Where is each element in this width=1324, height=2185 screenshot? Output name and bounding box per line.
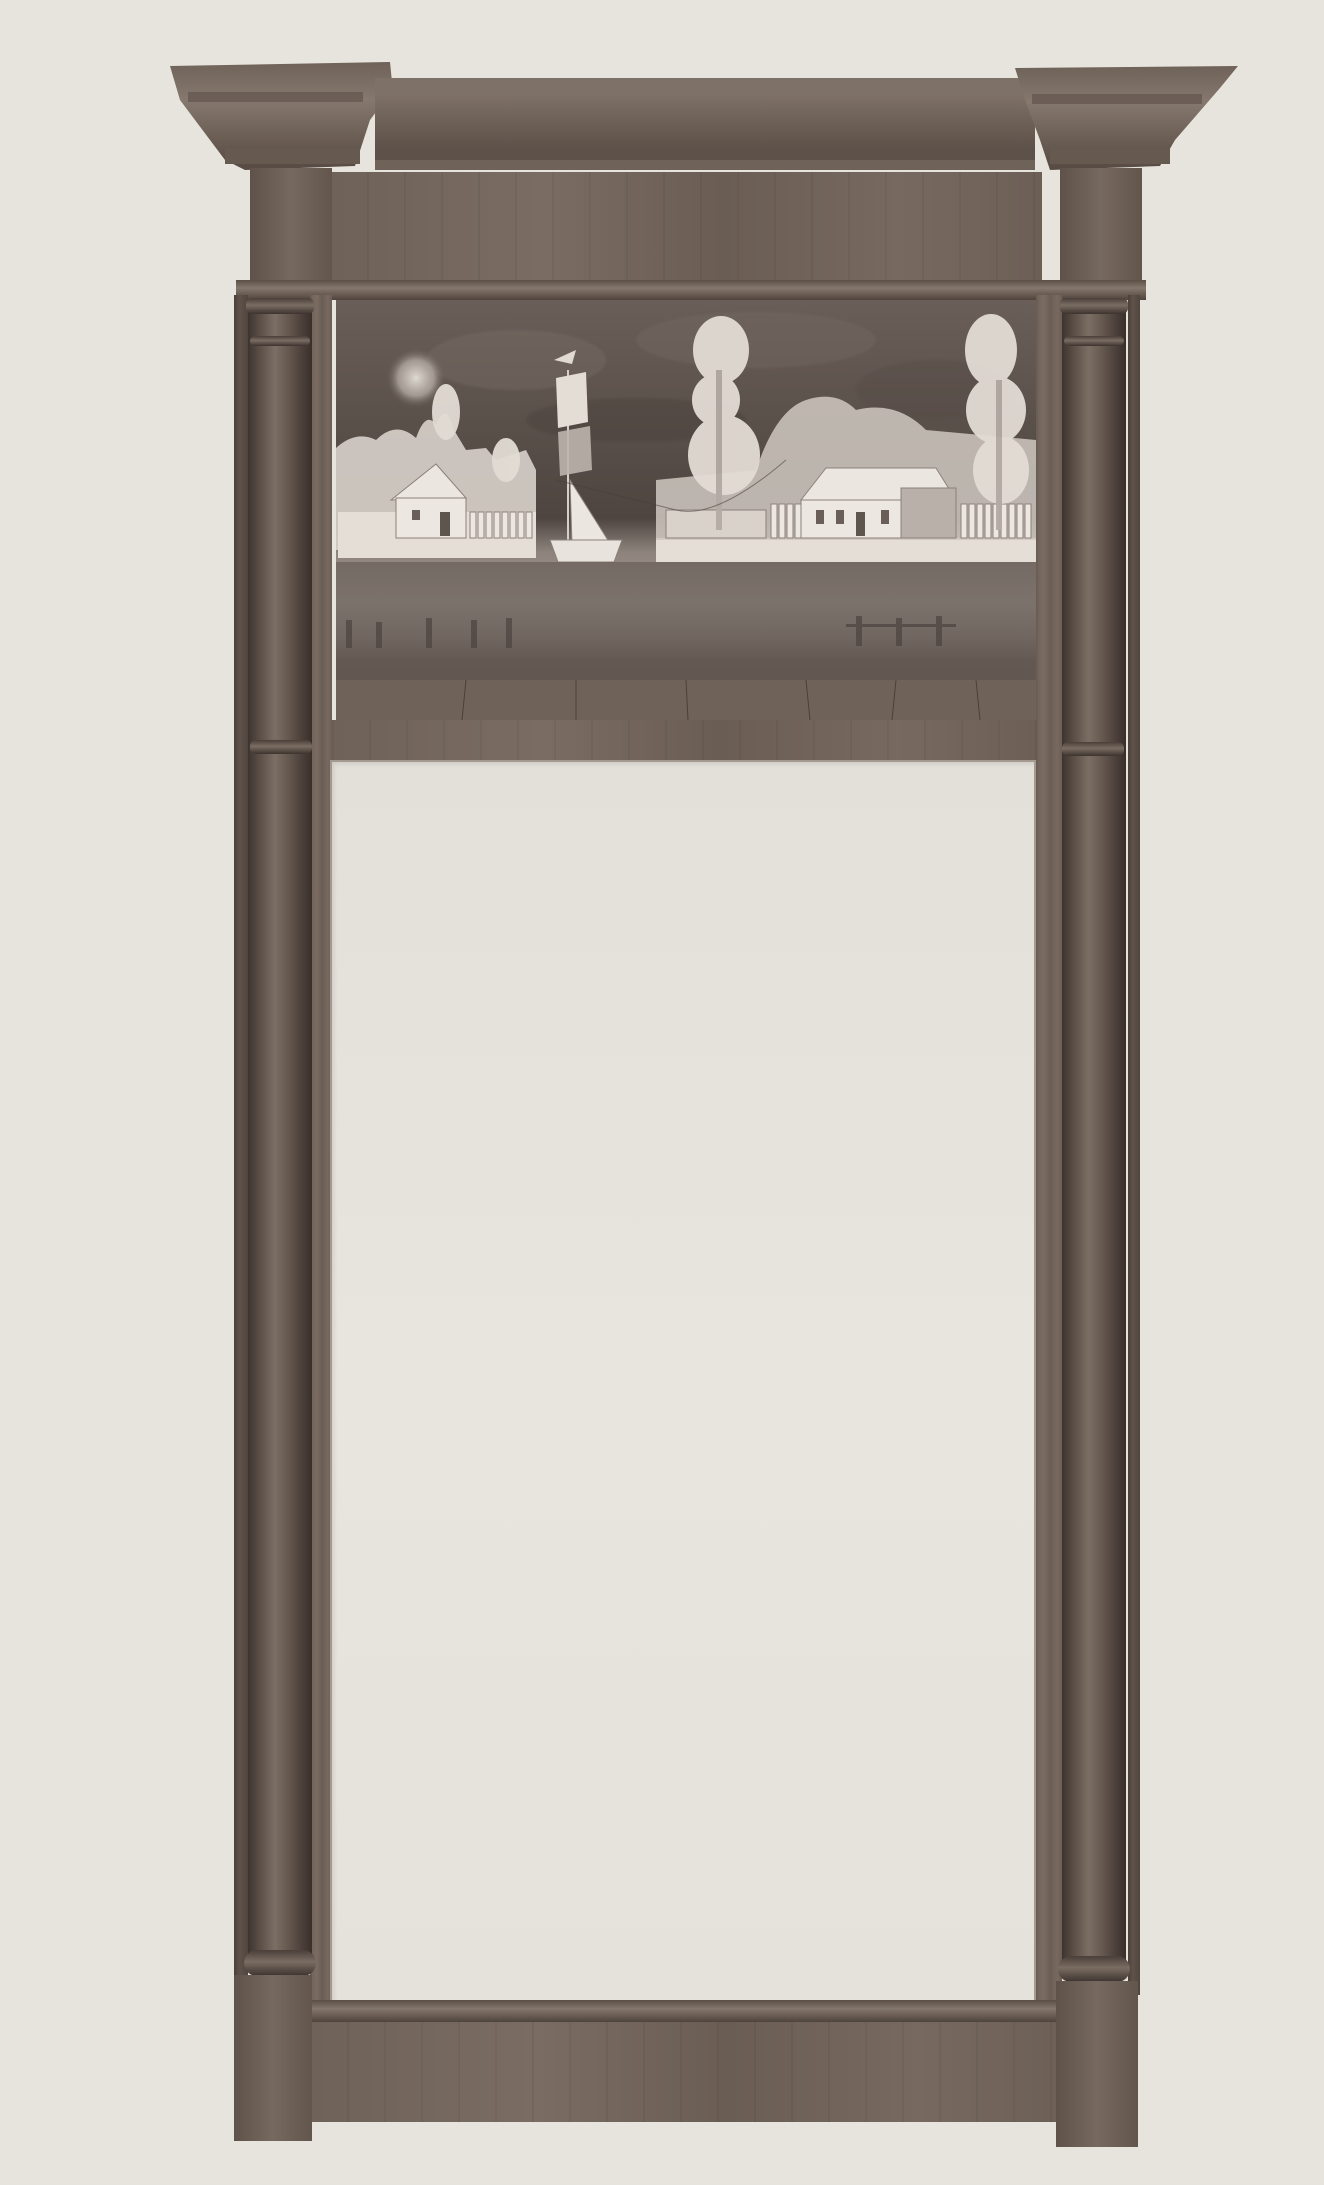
left-column — [248, 298, 312, 1973]
left-capital-block — [250, 168, 332, 290]
left-column-capital-ring — [246, 298, 314, 314]
tablet-bottom-rail — [332, 720, 1038, 760]
left-frame-edge — [234, 295, 248, 1995]
right-column-capital-ring — [1060, 298, 1128, 314]
right-plinth — [1056, 1981, 1138, 2147]
frieze-panel — [330, 172, 1042, 280]
reverse-painted-tablet — [336, 300, 1036, 720]
left-column-top-ring — [250, 336, 310, 346]
frieze-molding — [236, 280, 1146, 300]
right-capital-block — [1060, 168, 1142, 290]
cornice-shape — [170, 60, 1238, 172]
right-column-top-ring — [1064, 336, 1124, 346]
mirror-glass — [330, 760, 1036, 2005]
right-column — [1062, 298, 1126, 1978]
bottom-rail-molding — [312, 2000, 1064, 2022]
right-column-mid-ring — [1062, 742, 1124, 756]
left-column-base-ring — [244, 1950, 316, 1976]
right-frame-edge — [1128, 295, 1140, 1995]
left-plinth — [234, 1975, 312, 2141]
cornice — [170, 60, 1238, 172]
harbor-scene — [336, 300, 1036, 720]
right-frame-stile — [1036, 295, 1062, 2005]
right-column-base-ring — [1058, 1956, 1130, 1982]
left-column-mid-ring — [250, 740, 312, 754]
bottom-rail-panel — [310, 2022, 1068, 2122]
left-frame-stile — [310, 295, 332, 2005]
